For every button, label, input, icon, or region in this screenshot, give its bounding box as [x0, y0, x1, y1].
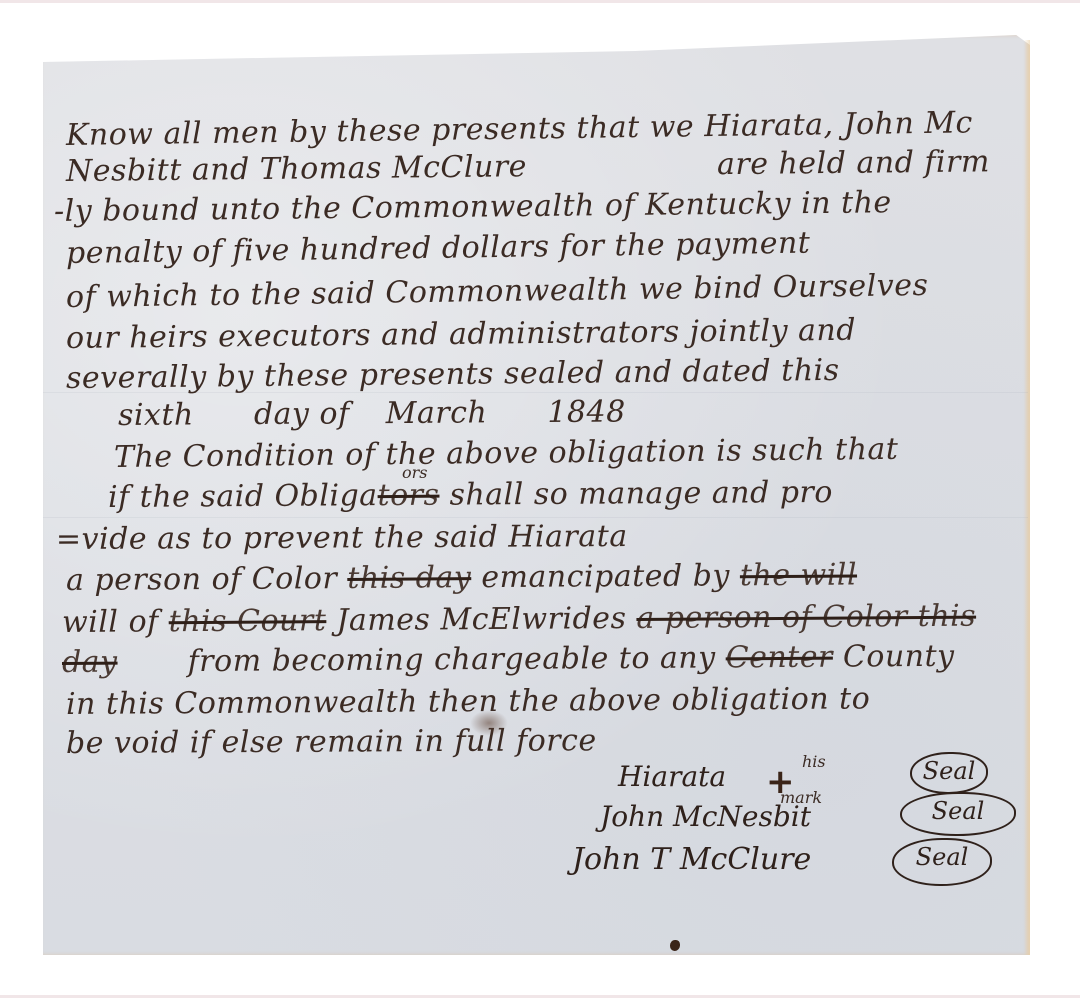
body-line-5: of which to the said Commonwealth we bin…: [66, 268, 929, 315]
body-line-14: day from becoming chargeable to any Cent…: [62, 639, 955, 680]
body-line-4: penalty of five hundred dollars for the …: [66, 226, 811, 271]
body-line-11: =vide as to prevent the said Hiarata: [56, 519, 628, 557]
line-text: James McElwrides: [326, 601, 636, 638]
struck-text: a person of Color this: [636, 599, 976, 636]
seal-3: Seal: [892, 838, 992, 886]
body-line-9: The Condition of the above obligation is…: [114, 432, 899, 475]
body-line-10: if the said Obligators shall so manage a…: [108, 475, 833, 515]
struck-text: the will: [740, 557, 857, 593]
line-text: The Condition of the above obligation is…: [114, 432, 899, 475]
body-line-16: be void if else remain in full force: [66, 723, 597, 761]
body-line-13: will of this Court James McElwrides a pe…: [62, 599, 976, 640]
body-line-7: severally by these presents sealed and d…: [66, 353, 840, 396]
seal-1: Seal: [910, 752, 988, 794]
line-text: be void if else remain in full force: [66, 723, 597, 761]
line-text: our heirs executors and administrators j…: [66, 313, 856, 356]
line-text: of which to the said Commonwealth we bin…: [66, 268, 929, 315]
body-line-15: in this Commonwealth then the above obli…: [66, 681, 870, 722]
date-day: sixth: [118, 397, 194, 433]
line-text: in this Commonwealth then the above obli…: [66, 681, 870, 722]
date-month: March: [386, 395, 488, 431]
line-space: [716, 640, 726, 675]
line-text: -ly bound unto the Commonwealth of Kentu…: [54, 185, 892, 229]
struck-text: this day: [347, 560, 471, 596]
signature-john-t-mcclure: John T McClure: [572, 842, 811, 877]
manuscript-text: Know all men by these presents that we H…: [0, 0, 1080, 998]
ink-smudge: [470, 710, 508, 736]
line-text: =vide as to prevent: [56, 520, 374, 557]
struck-text: Center: [726, 640, 833, 676]
seal-2: Seal: [900, 792, 1016, 836]
ink-blot: [670, 940, 680, 951]
seal-label: Seal: [923, 757, 976, 785]
line-text: if the said Obliga: [108, 478, 378, 515]
line-text: the said Hiarata: [373, 519, 627, 555]
mark-label-his: his: [802, 752, 826, 771]
line-text: emancipated by: [471, 558, 740, 595]
seal-label: Seal: [916, 843, 969, 871]
body-line-8-date: sixth day of March 1848: [118, 394, 626, 433]
body-line-6: our heirs executors and administrators j…: [66, 313, 856, 356]
line-text: will of: [62, 604, 169, 640]
line-text: shall so manage and pro: [439, 475, 833, 513]
struck-text: tors: [377, 478, 439, 513]
body-line-3: -ly bound unto the Commonwealth of Kentu…: [54, 185, 892, 229]
seal-label: Seal: [932, 797, 985, 825]
struck-text: day: [62, 645, 118, 680]
body-line-12: a person of Color this day emancipated b…: [66, 557, 857, 598]
struck-text: this Court: [169, 603, 327, 639]
signature-john-mcnesbit: John McNesbit: [600, 800, 811, 833]
date-year: 1848: [547, 394, 626, 430]
line-text: a person of Color: [66, 561, 348, 598]
line-text: severally by these presents sealed and d…: [66, 353, 840, 396]
line-text: penalty of five hundred dollars for the …: [66, 226, 811, 271]
line-text: County: [833, 639, 955, 675]
line-text: Nesbitt and Thomas McClure: [66, 149, 527, 189]
line-text: are held and firm: [717, 144, 990, 182]
signature-hiarata: Hiarata: [618, 760, 726, 793]
line-text: day of: [254, 396, 350, 432]
line-text: from becoming chargeable to any: [188, 640, 716, 679]
